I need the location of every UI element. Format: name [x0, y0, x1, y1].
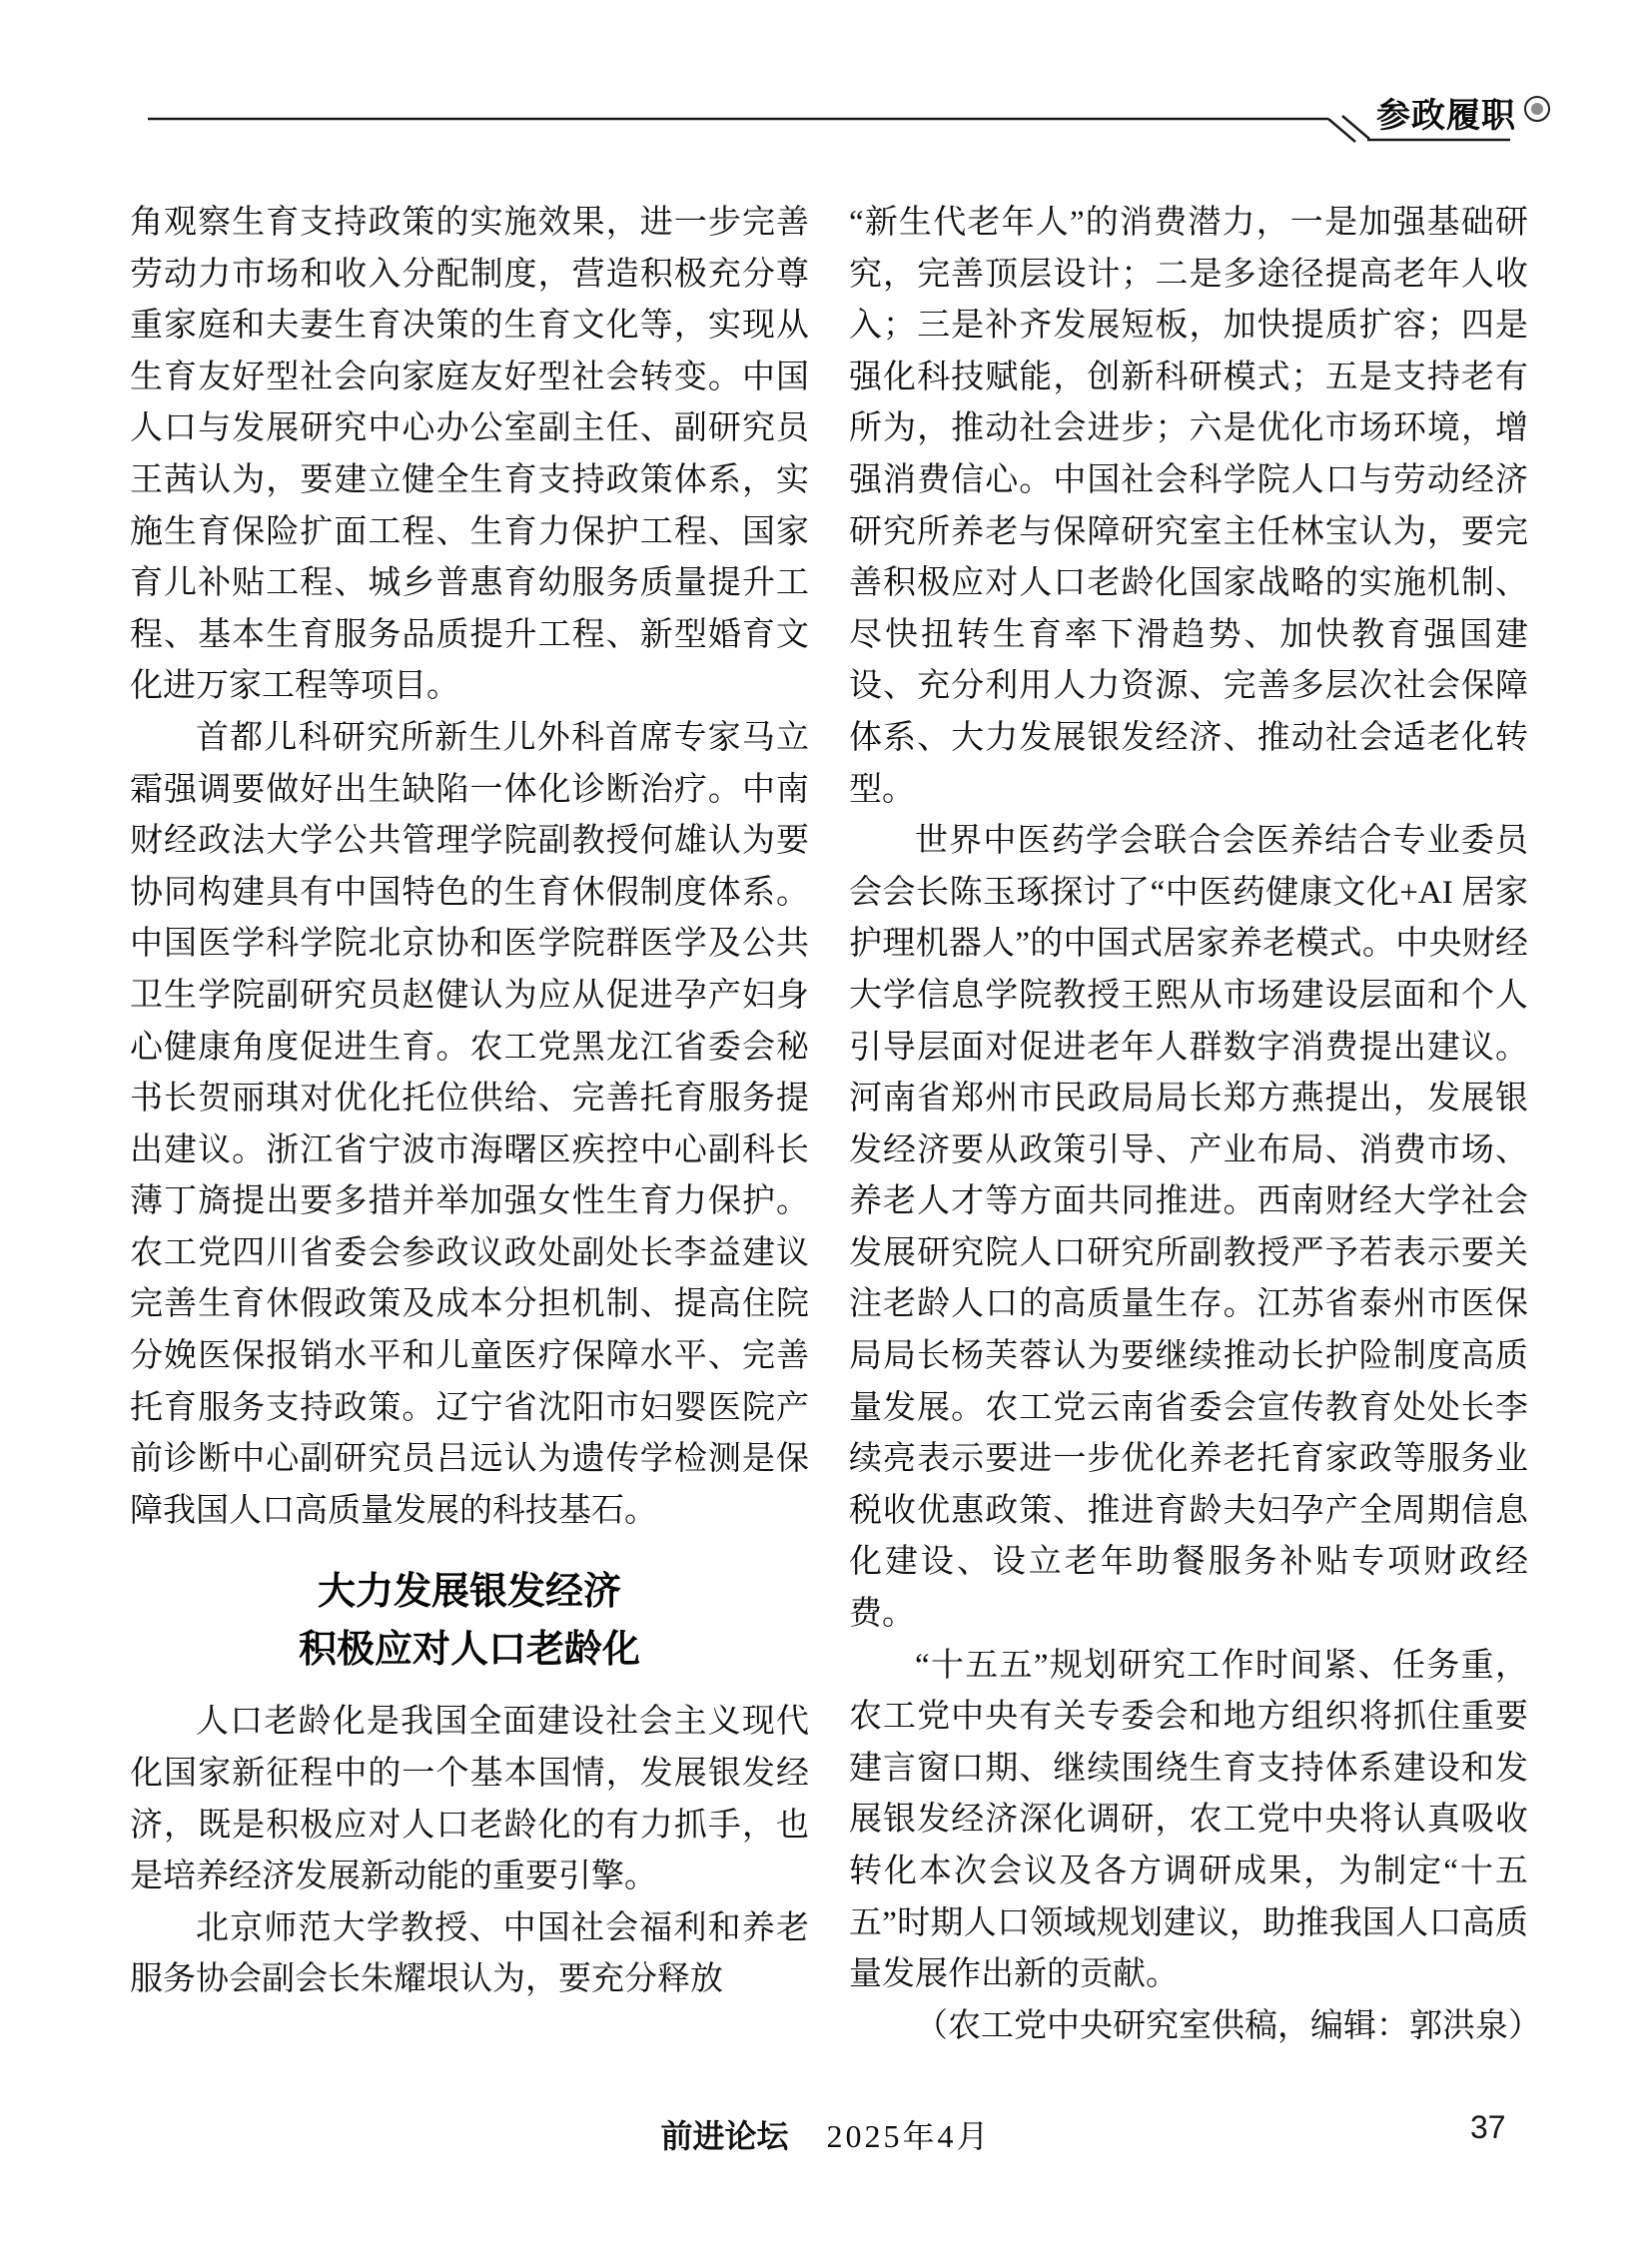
section-heading-line-2: 积极应对人口老龄化 — [130, 1621, 809, 1679]
left-column: 角观察生育支持政策的实施效果，进一步完善劳动力市场和收入分配制度，营造积极充分尊… — [130, 198, 809, 2052]
footer-center: 前进论坛2025年4月 — [0, 2111, 1652, 2157]
article-body: 角观察生育支持政策的实施效果，进一步完善劳动力市场和收入分配制度，营造积极充分尊… — [130, 198, 1528, 2052]
right-column: “新生代老年人”的消费潜力，一是加强基础研究，完善顶层设计；二是多途径提高老年人… — [849, 198, 1528, 2052]
section-heading: 大力发展银发经济 积极应对人口老龄化 — [130, 1563, 809, 1679]
paragraph: 世界中医药学会联合会医养结合专业委员会会长陈玉琢探讨了“中医药健康文化+AI 居… — [849, 816, 1528, 1641]
paragraph: “新生代老年人”的消费潜力，一是加强基础研究，完善顶层设计；二是多途径提高老年人… — [849, 198, 1528, 816]
section-label: 参政履职 — [1376, 88, 1516, 137]
paragraph: 首都儿科研究所新生儿外科首席专家马立霜强调要做好出生缺陷一体化诊断治疗。中南财经… — [130, 713, 809, 1538]
journal-name: 前进论坛 — [660, 2118, 788, 2154]
page-number: 37 — [1470, 2109, 1506, 2146]
paragraph: 北京师范大学教授、中国社会福利和养老服务协会副会长朱耀垠认为，要充分释放 — [130, 1903, 809, 2006]
paragraph: 人口老龄化是我国全面建设社会主义现代化国家新征程中的一个基本国情，发展银发经济，… — [130, 1697, 809, 1902]
bullet-dot — [1531, 103, 1543, 115]
byline: （农工党中央研究室供稿，编辑：郭洪泉） — [849, 2001, 1528, 2053]
paragraph: “十五五”规划研究工作时间紧、任务重，农工党中央有关专委会和地方组织将抓住重要建… — [849, 1641, 1528, 2001]
header-rule — [0, 0, 1652, 170]
ring-with-gray-dot-icon — [1524, 96, 1550, 122]
paragraph: 角观察生育支持政策的实施效果，进一步完善劳动力市场和收入分配制度，营造积极充分尊… — [130, 198, 809, 713]
section-heading-line-1: 大力发展银发经济 — [130, 1563, 809, 1621]
issue-date: 2025年4月 — [827, 2118, 992, 2154]
magazine-page: 参政履职 角观察生育支持政策的实施效果，进一步完善劳动力市场和收入分配制度，营造… — [0, 0, 1652, 2242]
